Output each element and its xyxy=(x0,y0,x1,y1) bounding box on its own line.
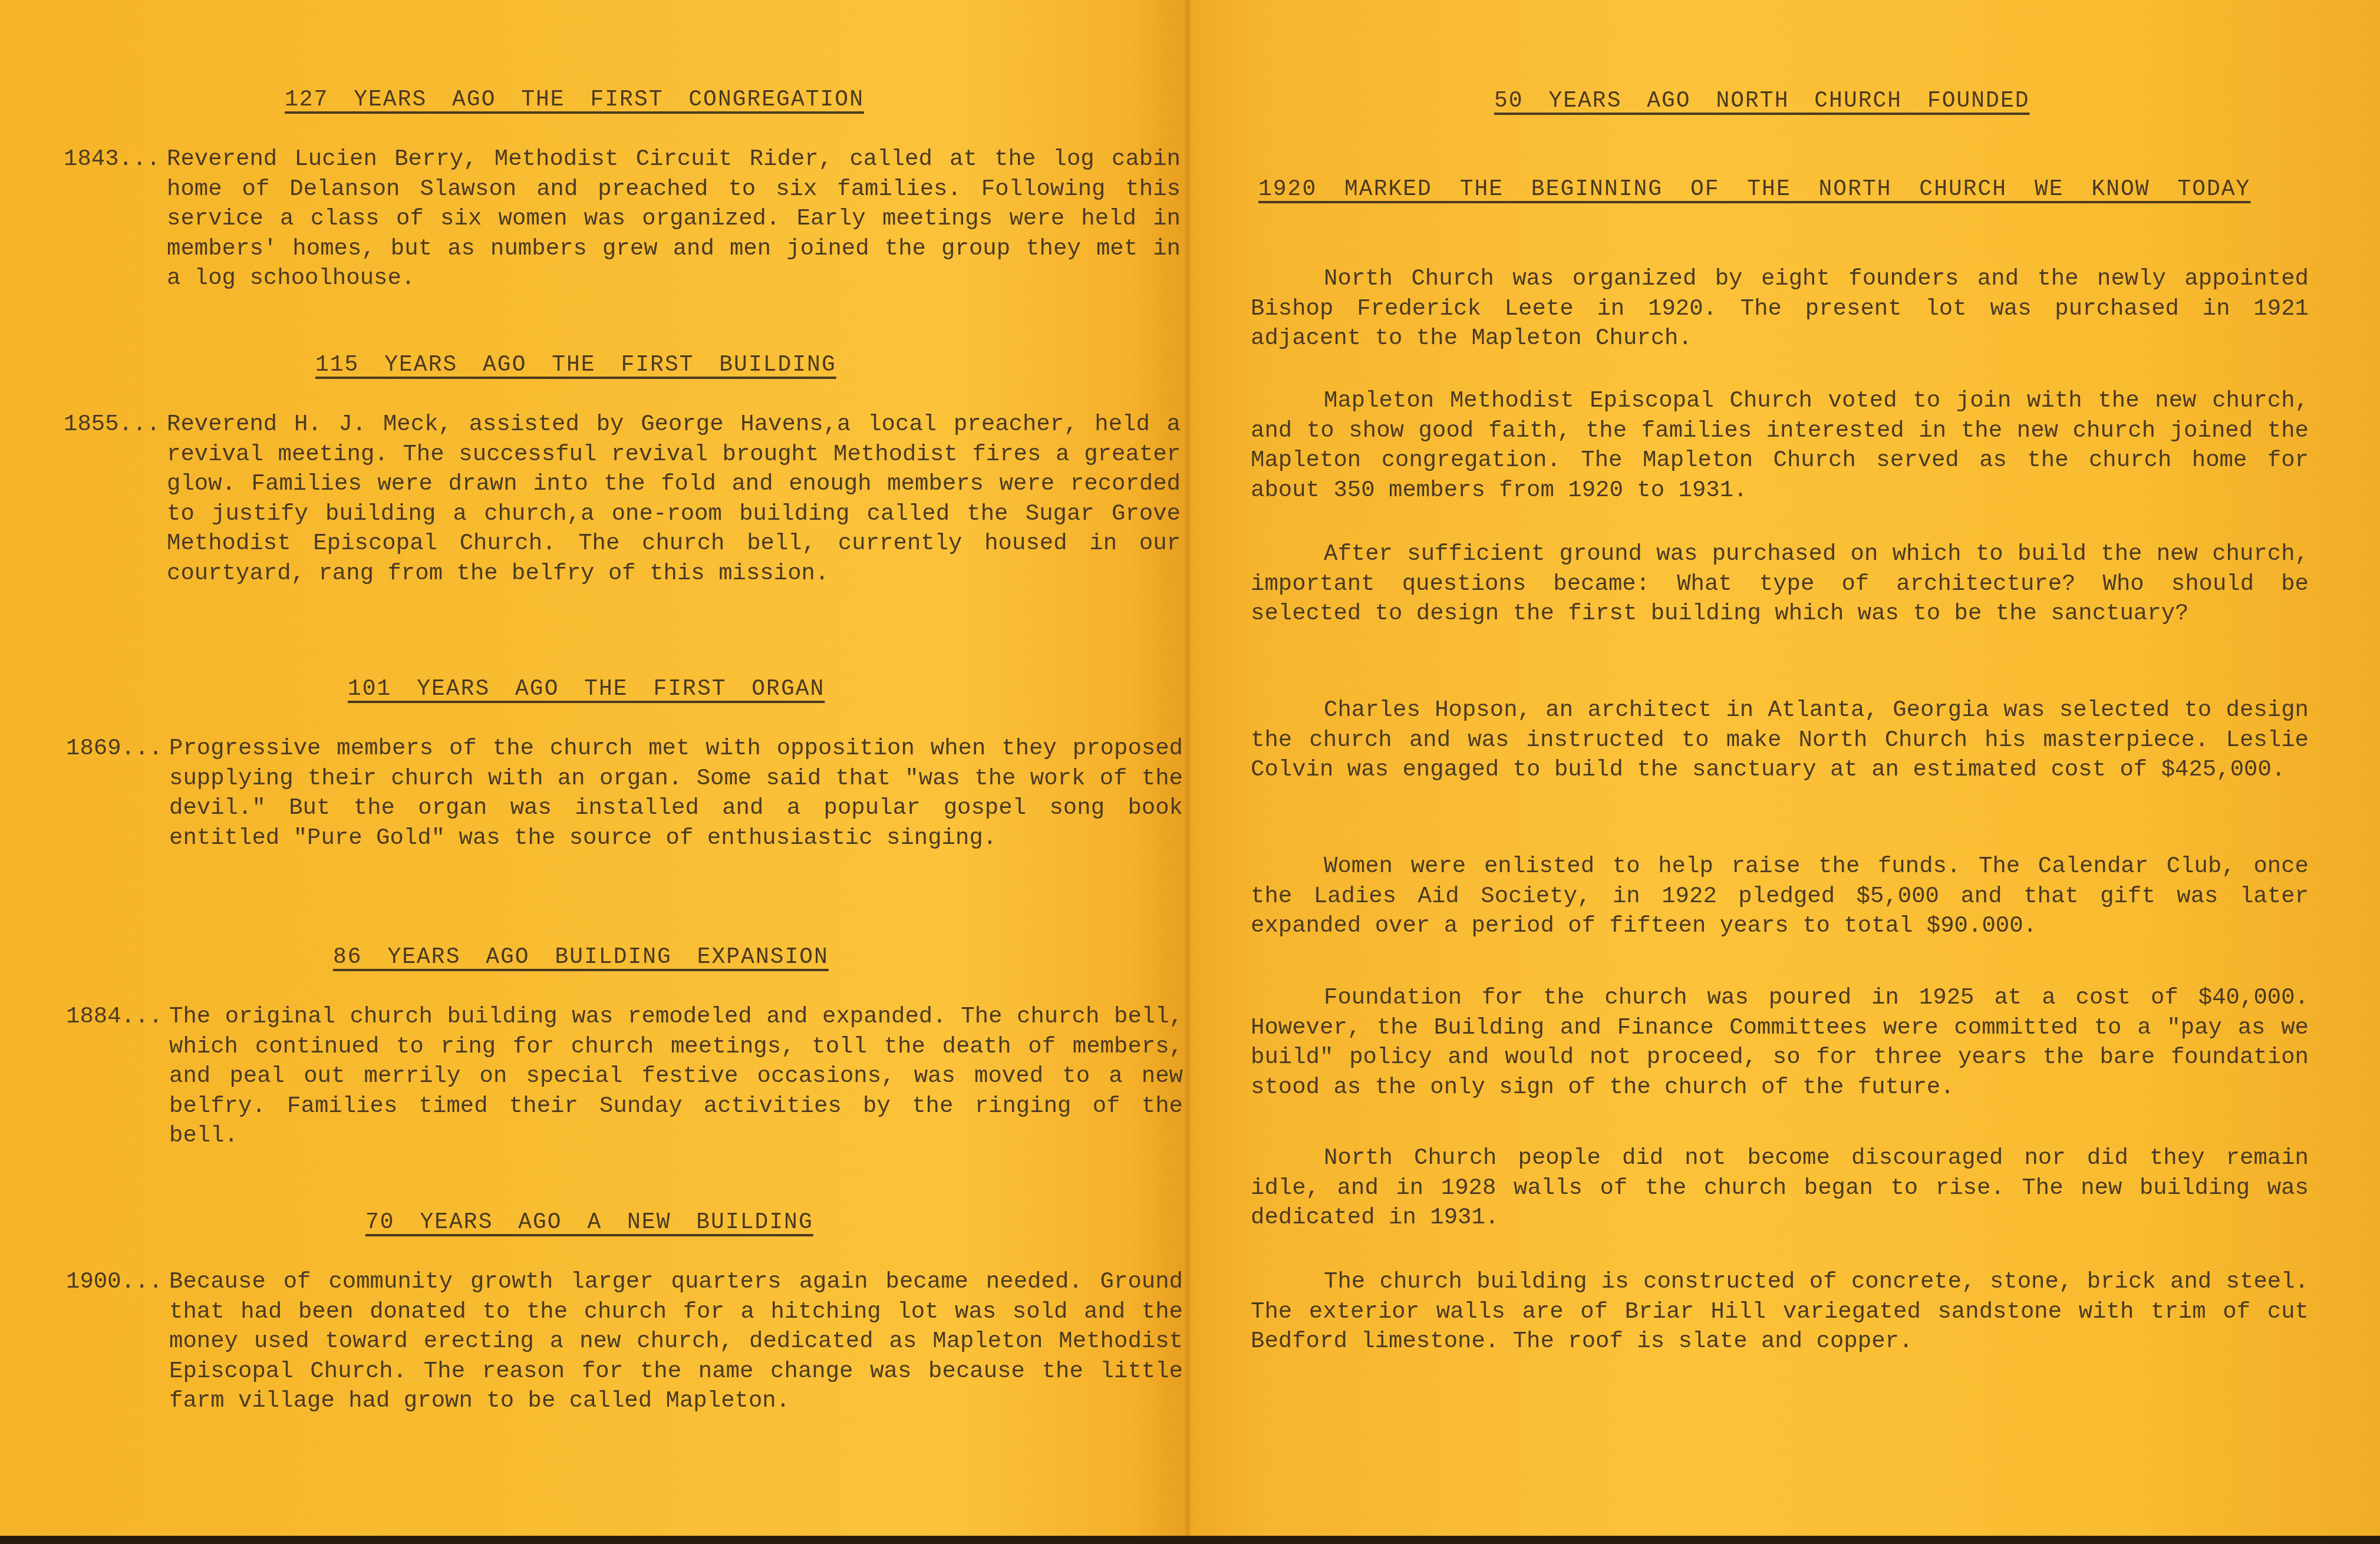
entry-text: Reverend H. J. Meck, assisted by George … xyxy=(167,410,1181,588)
paragraph: Foundation for the church was poured in … xyxy=(1251,983,2309,1102)
paragraph: North Church people did not become disco… xyxy=(1251,1143,2309,1233)
paragraph: Charles Hopson, an architect in Atlanta,… xyxy=(1251,695,2309,785)
scan-edge xyxy=(0,1536,2380,1544)
entry-text: Progressive members of the church met wi… xyxy=(169,734,1183,853)
paragraph: Mapleton Methodist Episcopal Church vote… xyxy=(1251,386,2309,505)
left-page: 127 YEARS AGO THE FIRST CONGREGATION 184… xyxy=(0,0,1185,1536)
section-heading: 127 YEARS AGO THE FIRST CONGREGATION xyxy=(285,87,864,113)
entry-text: Reverend Lucien Berry, Methodist Circuit… xyxy=(167,144,1181,293)
page-subtitle: 1920 MARKED THE BEGINNING OF THE NORTH C… xyxy=(1258,177,2250,202)
section-heading: 101 YEARS AGO THE FIRST ORGAN xyxy=(348,677,825,702)
entry-year: 1843... xyxy=(64,144,160,174)
paragraph: After sufficient ground was purchased on… xyxy=(1251,539,2309,629)
paragraph: North Church was organized by eight foun… xyxy=(1251,264,2309,354)
entry-text: The original church building was remodel… xyxy=(169,1002,1183,1151)
paragraph: The church building is constructed of co… xyxy=(1251,1267,2309,1357)
center-fold xyxy=(1184,0,1192,1536)
section-heading: 70 YEARS AGO A NEW BUILDING xyxy=(365,1210,813,1235)
document-spread: 127 YEARS AGO THE FIRST CONGREGATION 184… xyxy=(0,0,2380,1536)
entry-year: 1884... xyxy=(66,1002,163,1032)
entry-text: Because of community growth larger quart… xyxy=(169,1267,1183,1416)
entry-year: 1855... xyxy=(64,410,160,440)
paragraph: Women were enlisted to help raise the fu… xyxy=(1251,852,2309,941)
entry-year: 1869... xyxy=(66,734,163,764)
page-title: 50 YEARS AGO NORTH CHURCH FOUNDED xyxy=(1494,88,2030,114)
section-heading: 86 YEARS AGO BUILDING EXPANSION xyxy=(333,945,829,970)
entry-year: 1900... xyxy=(66,1267,163,1297)
section-heading: 115 YEARS AGO THE FIRST BUILDING xyxy=(315,352,836,378)
right-page: 50 YEARS AGO NORTH CHURCH FOUNDED 1920 M… xyxy=(1192,0,2380,1536)
